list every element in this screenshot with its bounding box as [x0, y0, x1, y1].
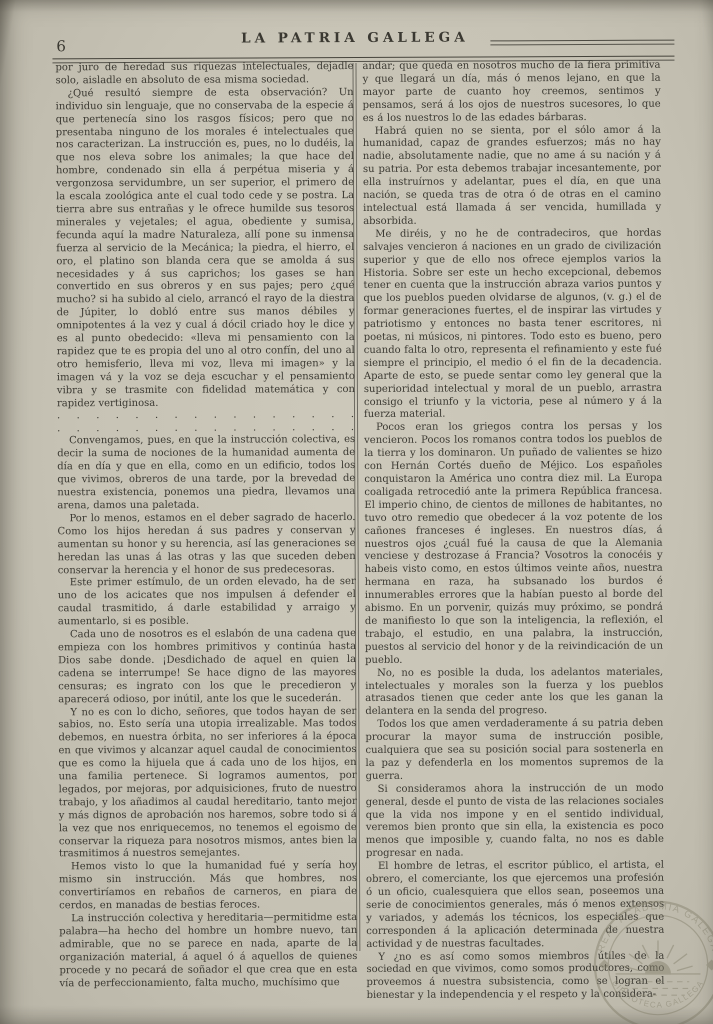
- rising-sun-icon: [616, 940, 701, 995]
- paragraph: Cada uno de nosotros es el eslabón de un…: [58, 628, 356, 707]
- paragraph: Si consideramos ahora la instrucción de …: [366, 782, 664, 861]
- paragraph: Pocos eran los griegos contra los persas…: [364, 421, 663, 668]
- right-text-column: andar; que queda en nosotros mucho de la…: [362, 60, 664, 1003]
- left-text-column: por juro de heredad sus riquezas intelec…: [55, 61, 357, 991]
- paragraph: Me diréis, y no he de contradeciros, que…: [363, 227, 662, 422]
- paragraph: Hemos visto lo que la humanidad fué y se…: [59, 860, 357, 913]
- paragraph: andar; que queda en nosotros mucho de la…: [362, 60, 660, 126]
- paragraph: Y no es con lo dicho, señores, que todos…: [58, 706, 357, 862]
- paragraph: La instrucción colectiva y hereditaria—p…: [59, 912, 357, 991]
- stamp-top-text: REAL ACADEMIA GALEGA: [596, 901, 713, 953]
- paragraph: Todos los que amen verdaderamente á su p…: [365, 718, 663, 784]
- paragraph: No, no es posible la duda, los adelantos…: [365, 666, 663, 719]
- library-stamp-icon: REAL ACADEMIA GALEGA BIBLIOTECA GALLEGA: [591, 898, 713, 1024]
- paragraph: Por lo menos, estamos en el deber sagrad…: [57, 512, 355, 578]
- page-content: 6 LA PATRIA GALLEGA por juro de heredad …: [0, 0, 713, 1024]
- stamp-bottom-text: BIBLIOTECA GALLEGA: [610, 979, 705, 1010]
- paragraph: ¿Qué resultó siempre de esta observación…: [56, 87, 355, 411]
- paragraph: Habrá quien no se sienta, por el sólo am…: [363, 124, 661, 229]
- scanned-newspaper-page: { "page": { "number": "6", "masthead": "…: [0, 0, 713, 1024]
- svg-text:BIBLIOTECA GALLEGA: BIBLIOTECA GALLEGA: [610, 979, 705, 1010]
- svg-text:REAL ACADEMIA GALEGA: REAL ACADEMIA GALEGA: [596, 901, 713, 953]
- paragraph: Convengamos, pues, en que la instrucción…: [57, 434, 355, 513]
- paragraph: Este primer estímulo, de un orden elevad…: [58, 576, 356, 629]
- paragraph: por juro de heredad sus riquezas intelec…: [55, 61, 353, 88]
- header-rule-right: [490, 40, 674, 46]
